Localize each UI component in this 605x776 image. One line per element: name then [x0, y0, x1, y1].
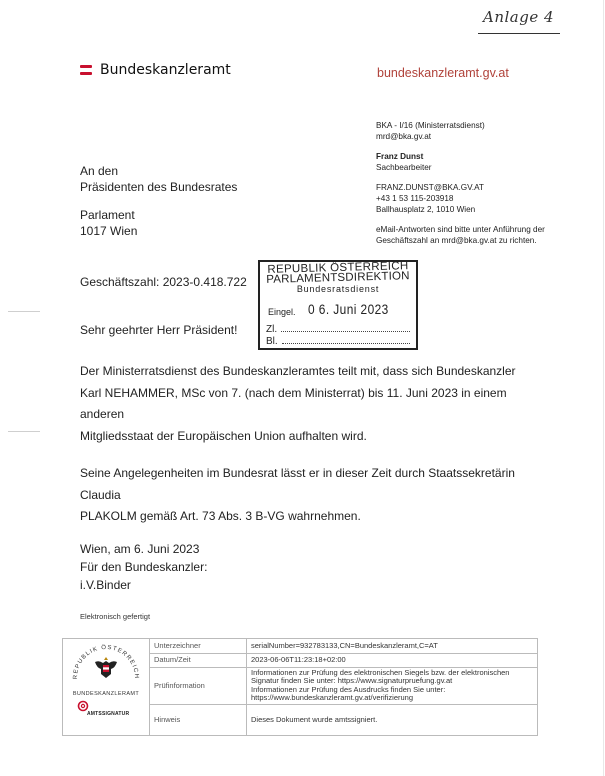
verification-link[interactable]: https://www.bundeskanzleramt.gv.at/verif…: [251, 694, 533, 703]
sender-email[interactable]: FRANZ.DUNST@BKA.GV.AT: [376, 182, 545, 193]
sender-role: Sachbearbeiter: [376, 162, 545, 173]
website-link[interactable]: bundeskanzleramt.gv.at: [377, 66, 509, 80]
austrian-flag-icon: [80, 65, 92, 75]
seal-cell: REPUBLIK ÖSTERREICH BUNDESKANZLERAMT AMT…: [63, 639, 150, 736]
closing-signer: i.V.Binder: [80, 576, 207, 594]
sig-label: Unterzeichner: [150, 639, 247, 654]
sig-value-signer: serialNumber=932783133,CN=Bundeskanzlera…: [247, 639, 538, 654]
closing-for: Für den Bundeskanzler:: [80, 558, 207, 576]
reference-number: Geschäftszahl: 2023-0.418.722: [80, 275, 247, 289]
body-line: Seine Angelegenheiten im Bundesrat lässt…: [80, 463, 550, 506]
stamp-zl-row: Zl.: [266, 324, 410, 335]
closing-place-date: Wien, am 6. Juni 2023: [80, 540, 207, 558]
sender-info: BKA - I/16 (Ministerratsdienst) mrd@bka.…: [376, 120, 545, 246]
electronic-signed-note: Elektronisch gefertigt: [80, 612, 150, 621]
letter-body: Der Ministerratsdienst des Bundeskanzler…: [80, 361, 550, 528]
seal-badge: AMTSSIGNATUR: [87, 710, 129, 719]
logo-text: Bundeskanzleramt: [100, 62, 231, 78]
page-edge: [603, 0, 604, 776]
fold-mark: [8, 311, 40, 312]
sig-label: Datum/Zeit: [150, 654, 247, 667]
stamp-bl-row: Bl.: [266, 336, 410, 347]
body-line: Mitgliedsstaat der Europäischen Union au…: [80, 426, 550, 448]
annotation-underline: [478, 33, 560, 34]
sig-value-verification: Informationen zur Prüfung des elektronis…: [247, 667, 538, 705]
body-line: PLAKOLM gemäß Art. 73 Abs. 3 B-VG wahrne…: [80, 506, 550, 528]
body-line: Der Ministerratsdienst des Bundeskanzler…: [80, 361, 550, 383]
fold-mark: [8, 431, 40, 432]
sig-label: Hinweis: [150, 705, 247, 736]
handwritten-annotation: Anlage 4: [483, 8, 554, 26]
stamp-line: Bundesratsdienst: [260, 284, 416, 294]
recipient-line: 1017 Wien: [80, 223, 237, 239]
sig-value-note: Dieses Dokument wurde amtssigniert.: [247, 705, 538, 736]
header-logo: Bundeskanzleramt: [80, 62, 231, 78]
recipient-line: Parlament: [80, 207, 237, 223]
austrian-eagle-icon: [93, 654, 119, 680]
signature-table: REPUBLIK ÖSTERREICH BUNDESKANZLERAMT AMT…: [62, 638, 538, 736]
closing: Wien, am 6. Juni 2023 Für den Bundeskanz…: [80, 540, 207, 594]
recipient-address: An den Präsidenten des Bundesrates Parla…: [80, 163, 237, 239]
seal-org: BUNDESKANZLERAMT: [67, 690, 145, 699]
sender-phone: +43 1 53 115-203918: [376, 193, 545, 204]
sig-label: Prüfinformation: [150, 667, 247, 705]
stamp-eingel-label: Eingel.: [268, 307, 296, 317]
greeting: Sehr geehrter Herr Präsident!: [80, 323, 237, 337]
sender-note: Geschäftszahl an mrd@bka.gv.at zu richte…: [376, 235, 545, 246]
stamp-zl-label: Zl.: [266, 324, 277, 335]
sender-note: eMail-Antworten sind bitte unter Anführu…: [376, 224, 545, 235]
sig-value-datetime: 2023-06-06T11:23:18+02:00: [247, 654, 538, 667]
sender-department: BKA - I/16 (Ministerratsdienst): [376, 120, 545, 131]
sender-address: Ballhausplatz 2, 1010 Wien: [376, 204, 545, 215]
stamp-date: 0 6. Juni 2023: [308, 301, 389, 317]
recipient-line: An den: [80, 163, 237, 179]
receipt-stamp: REPUBLIK ÖSTERREICH PARLAMENTSDIREKTION …: [258, 260, 418, 350]
sender-dept-email[interactable]: mrd@bka.gv.at: [376, 131, 545, 142]
body-line: Karl NEHAMMER, MSc von 7. (nach dem Mini…: [80, 383, 550, 426]
recipient-line: Präsidenten des Bundesrates: [80, 179, 237, 195]
stamp-line: PARLAMENTSDIREKTION: [260, 271, 416, 285]
sender-name: Franz Dunst: [376, 152, 423, 161]
stamp-bl-label: Bl.: [266, 336, 278, 347]
